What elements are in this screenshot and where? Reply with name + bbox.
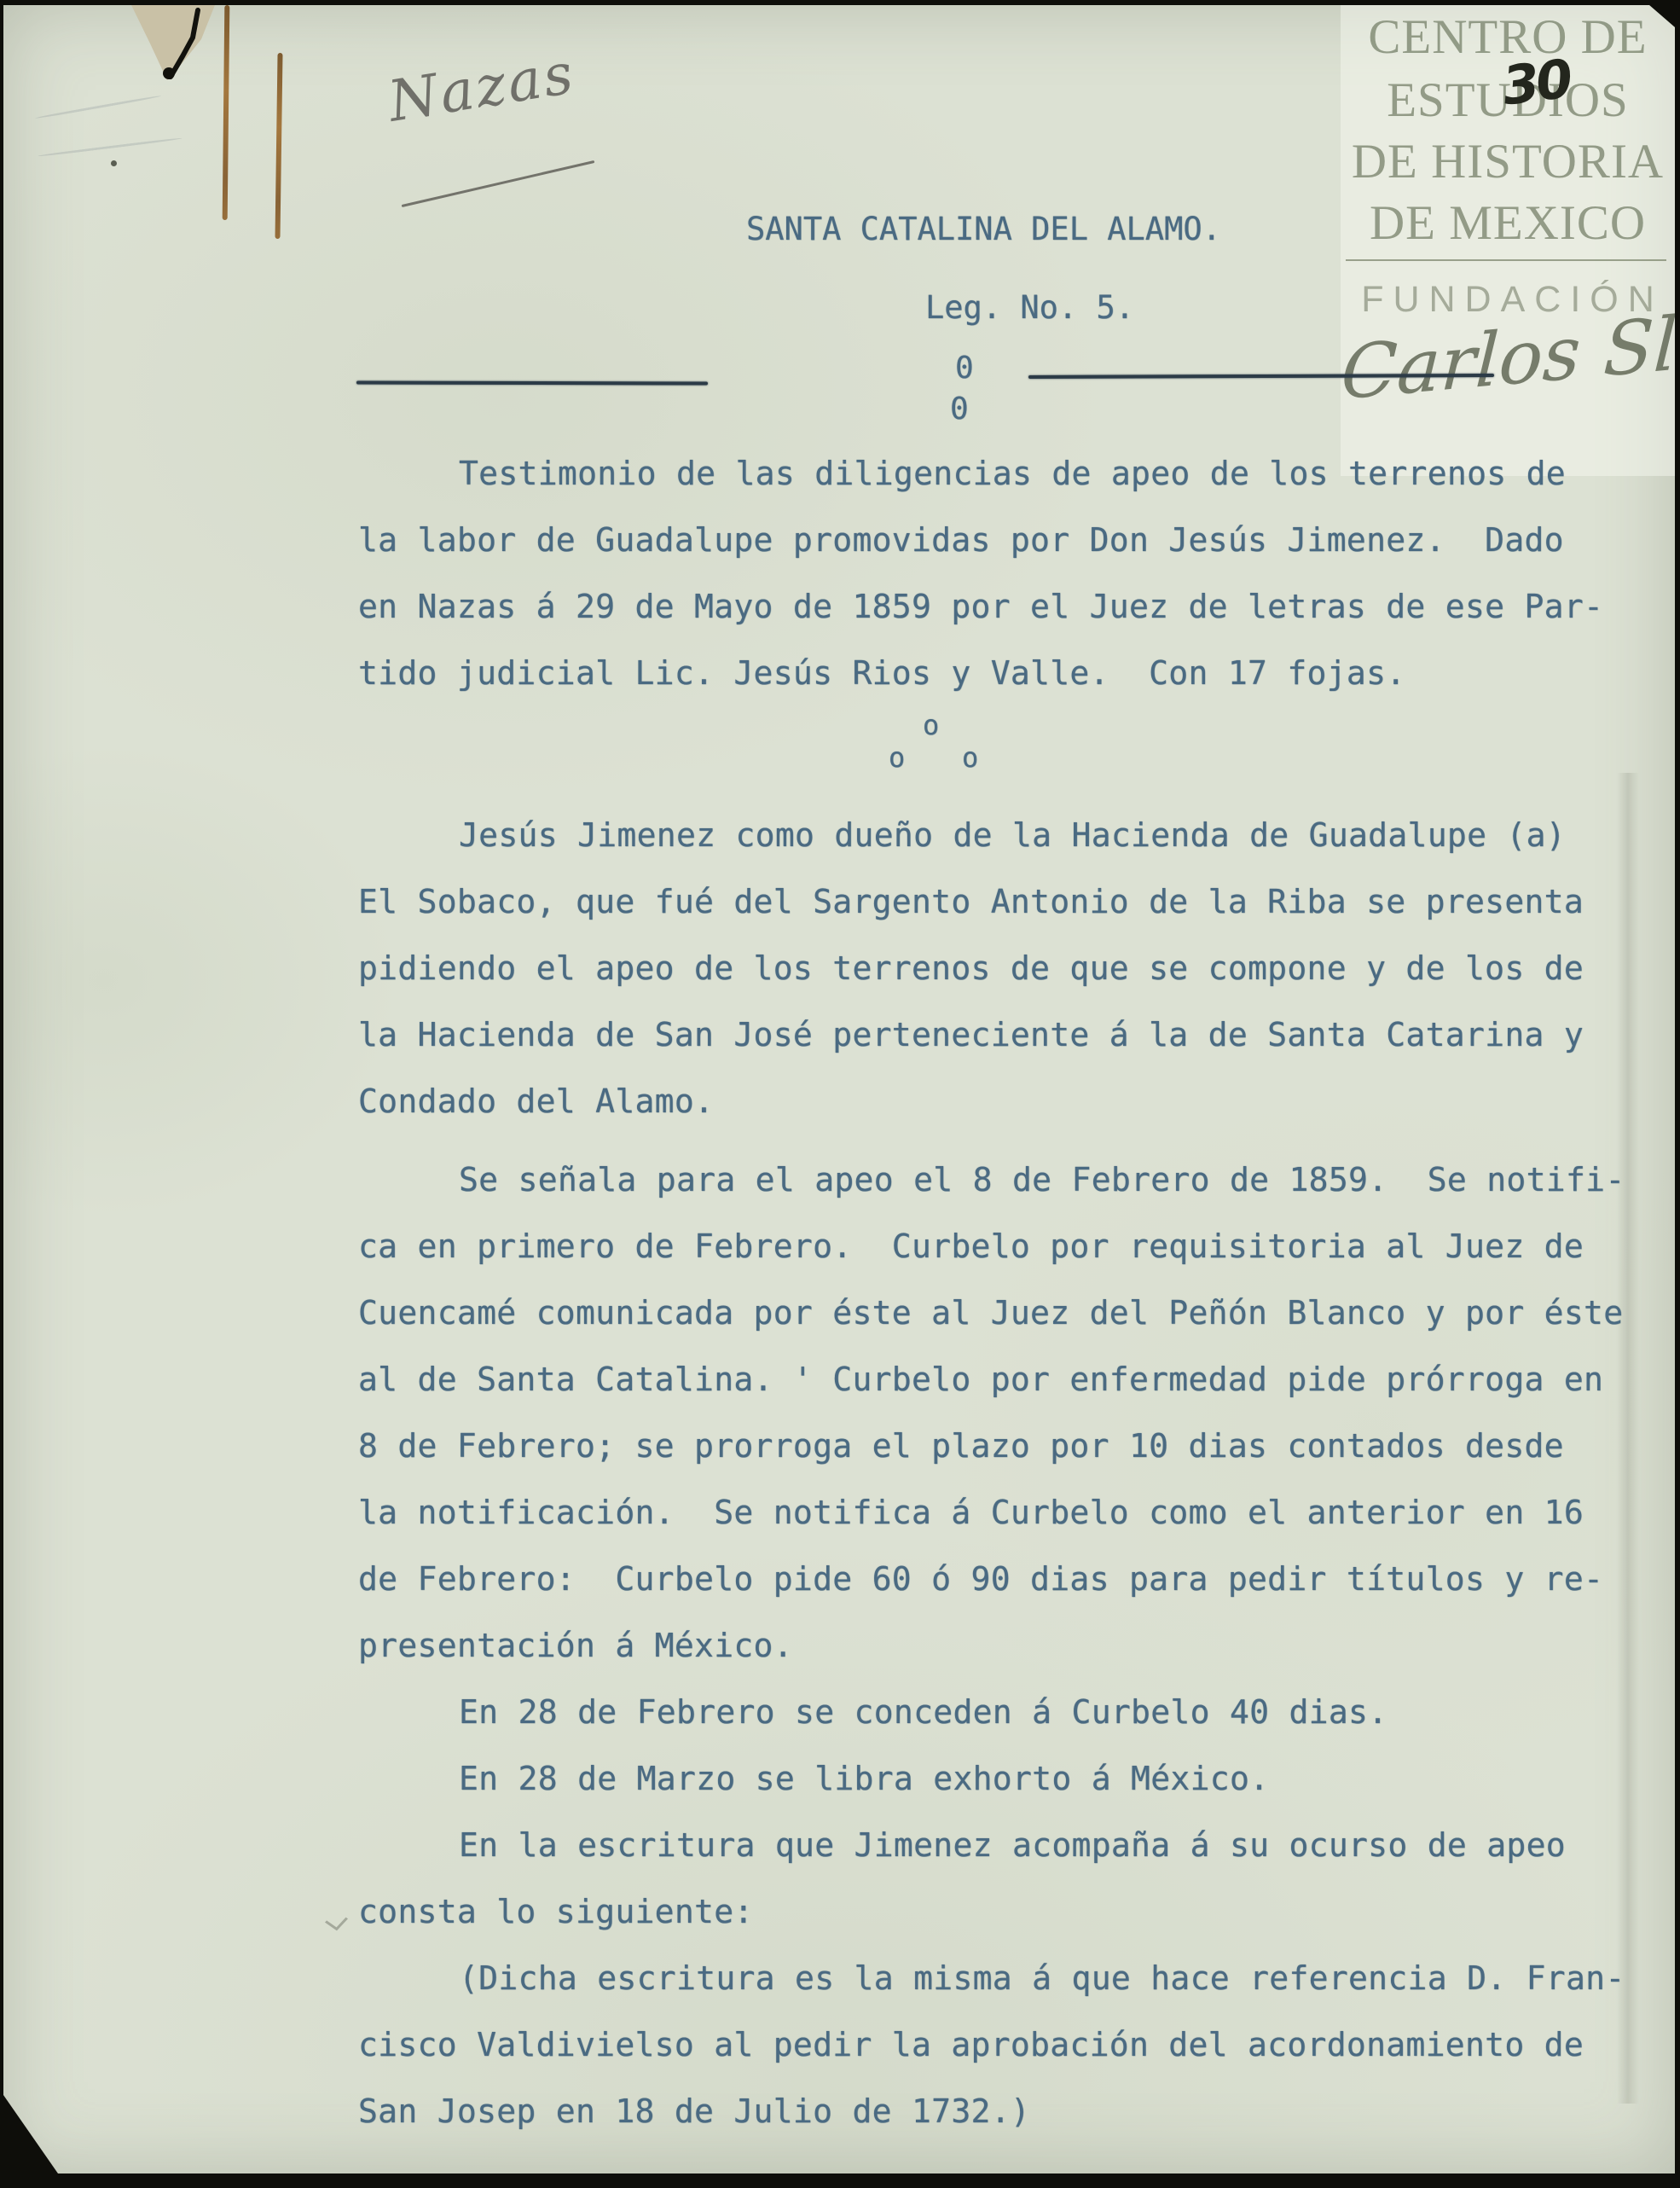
- text-line: cisco Valdivielso al pedir la aprobación…: [358, 2011, 1612, 2078]
- text-line: pidiendo el apeo de los terrenos de que …: [358, 935, 1612, 1001]
- text-line: la labor de Guadalupe promovidas por Don…: [358, 507, 1612, 573]
- text-line: Testimonio de las diligencias de apeo de…: [358, 440, 1612, 507]
- corner-note-underline: [402, 160, 595, 207]
- text-line: presentación á México.: [358, 1612, 1612, 1679]
- text-line: Condado del Alamo.: [358, 1068, 1612, 1135]
- text-line: la Hacienda de San José perteneciente á …: [358, 1001, 1612, 1068]
- text-line: Cuencamé comunicada por éste al Juez del…: [358, 1280, 1612, 1346]
- divider-zero-bottom: 0: [950, 394, 969, 425]
- watermark-divider-rule: [1346, 259, 1666, 261]
- pencil-ghost-mark: [35, 95, 161, 119]
- paragraph: Jesús Jimenez como dueño de la Hacienda …: [358, 802, 1612, 1135]
- text-line: tido judicial Lic. Jesús Rios y Valle. C…: [358, 640, 1612, 706]
- text-line: consta lo siguiente:: [358, 1878, 1612, 1945]
- text-line: San Josep en 18 de Julio de 1732.): [358, 2078, 1612, 2144]
- ornament-separator: ooo: [358, 706, 1612, 802]
- separator-o-glyph: o: [923, 711, 939, 739]
- ink-speck: [111, 160, 117, 166]
- text-line: al de Santa Catalina. ' Curbelo por enfe…: [358, 1346, 1612, 1413]
- handwritten-page-number: 30: [1500, 52, 1573, 113]
- watermark-text-line: DE MEXICO: [1341, 198, 1675, 249]
- rust-stain-line: [275, 53, 282, 239]
- torn-paper-flap: [128, 5, 223, 90]
- pencil-ghost-mark: [38, 137, 182, 158]
- document-title: SANTA CATALINA DEL ALAMO.: [746, 213, 1221, 245]
- rust-stain-line: [223, 5, 230, 220]
- paragraph: (Dicha escritura es la misma á que hace …: [358, 1945, 1612, 2144]
- typewritten-text: Testimonio de las diligencias de apeo de…: [358, 440, 1612, 2144]
- text-line: 8 de Febrero; se prorroga el plazo por 1…: [358, 1413, 1612, 1479]
- text-line: En 28 de Febrero se conceden á Curbelo 4…: [358, 1679, 1612, 1745]
- text-line: la notificación. Se notifica á Curbelo c…: [358, 1479, 1612, 1546]
- handwritten-corner-note: Nazas: [385, 45, 579, 131]
- divider-line-left: [356, 380, 708, 385]
- text-line: El Sobaco, que fué del Sargento Antonio …: [358, 868, 1612, 935]
- pencil-check-mark: [325, 1911, 348, 1931]
- divider-zero-top: 0: [955, 353, 974, 384]
- text-line: Jesús Jimenez como dueño de la Hacienda …: [358, 802, 1612, 868]
- scanned-document-page: Nazas CENTRO DE ESTUDIOS DE HISTORIA DE …: [0, 0, 1680, 2188]
- text-line: Se señala para el apeo el 8 de Febrero d…: [358, 1146, 1612, 1213]
- paragraph: Se señala para el apeo el 8 de Febrero d…: [358, 1146, 1612, 1679]
- text-line: ca en primero de Febrero. Curbelo por re…: [358, 1213, 1612, 1280]
- paragraph: En 28 de Marzo se libra exhorto á México…: [358, 1745, 1612, 1812]
- paragraph: En la escritura que Jimenez acompaña á s…: [358, 1812, 1612, 1945]
- text-line: en Nazas á 29 de Mayo de 1859 por el Jue…: [358, 573, 1612, 640]
- text-line: de Febrero: Curbelo pide 60 ó 90 dias pa…: [358, 1546, 1612, 1612]
- separator-o-glyph: o: [889, 744, 905, 771]
- paragraph: Testimonio de las diligencias de apeo de…: [358, 440, 1612, 706]
- paragraph: En 28 de Febrero se conceden á Curbelo 4…: [358, 1679, 1612, 1745]
- watermark-text-line: DE HISTORIA: [1341, 136, 1675, 188]
- paper-sheet: Nazas CENTRO DE ESTUDIOS DE HISTORIA DE …: [3, 5, 1675, 2173]
- text-line: (Dicha escritura es la misma á que hace …: [358, 1945, 1612, 2011]
- paper-crease: [1617, 773, 1639, 2104]
- document-subtitle: Leg. No. 5.: [925, 292, 1134, 323]
- text-line: En la escritura que Jimenez acompaña á s…: [358, 1812, 1612, 1878]
- separator-o-glyph: o: [962, 744, 978, 771]
- text-line: En 28 de Marzo se libra exhorto á México…: [358, 1745, 1612, 1812]
